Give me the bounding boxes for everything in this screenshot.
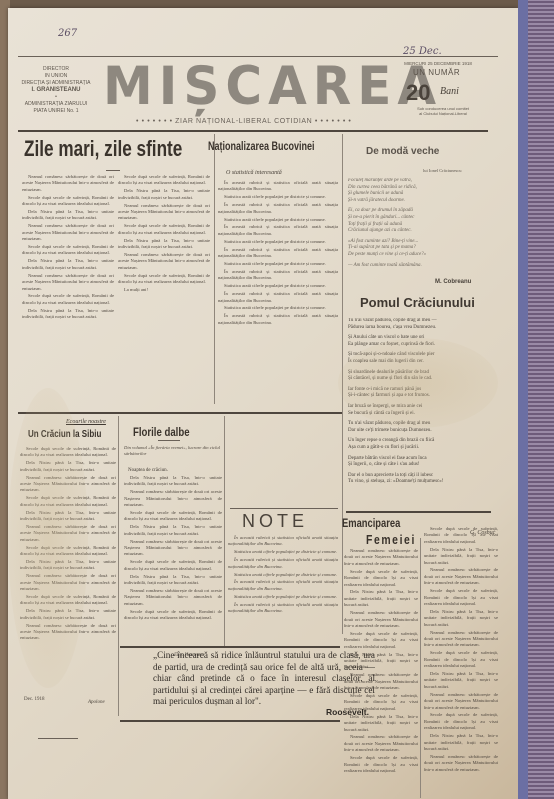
quote-top-rule	[120, 646, 340, 648]
article-note: În această rubrică și statistica oficial…	[228, 535, 338, 645]
binding-spine	[518, 0, 554, 799]
article-emanciparea-col2: Secole după secole de suferință, Românii…	[424, 526, 498, 796]
headline-de-moda-veche: De modă veche	[366, 146, 439, 157]
author-cobreanu: M. Cobreanu	[435, 279, 471, 285]
masthead-bottom-rule	[18, 130, 488, 132]
price-value: 20	[406, 80, 430, 106]
masthead-tagline: • • • • • • • ZIAR NAȚIONAL-LIBERAL COTI…	[136, 118, 352, 125]
column-rule	[214, 134, 215, 404]
price-label: UN NUMĂR	[413, 68, 460, 77]
masthead-left-info: DIRECTOR IN UNION DIRECȚIA ȘI ADMINISTRA…	[16, 66, 96, 115]
dedication: lui Ionel Crăciunescu	[423, 168, 462, 173]
price-unit: Bani	[440, 86, 459, 97]
author-apolone: Apolone	[88, 700, 105, 705]
handwritten-page-number: 267	[58, 28, 77, 39]
headline-zile-mari: Zile mari, zile sfinte	[24, 136, 182, 162]
florile-lede: Din volumul «În fierăria vremei», lucrar…	[124, 445, 220, 467]
article-zile-mari-col1: Neamul românesc sărbătorește de două ori…	[22, 174, 114, 374]
headline-emanciparea: Emanciparea	[342, 516, 400, 530]
paper-stain	[338, 338, 498, 428]
masthead-date-line: MIERCURI 25 DECEMBRIE 1918	[388, 60, 488, 67]
masthead-right-note: Sub conducerea unui comitet al Clubului …	[393, 106, 493, 116]
quote-author: Roosevelt.	[326, 707, 369, 717]
column-rule	[224, 416, 225, 646]
article-nationalizarea: În această rubrică și statistica oficial…	[218, 180, 338, 405]
divider	[106, 170, 120, 171]
quote-bottom-rule	[120, 720, 340, 722]
headline-note: NOTE	[242, 511, 308, 532]
headline-florile-dalbe: Florile dalbe	[133, 425, 190, 439]
masthead-title: MIȘCAREA	[103, 60, 442, 113]
article-florile-dalbe: Dela Nistru până la Tisa, într-o unitate…	[124, 475, 222, 645]
column-rule	[118, 416, 119, 716]
headline-femeiei: Femeiei	[366, 532, 416, 547]
divider	[158, 440, 180, 441]
headline-nationalizarea: Naționalizarea Bucovinei	[208, 139, 315, 153]
divider	[38, 738, 78, 739]
emanciparea-top-rule	[346, 511, 491, 513]
newspaper-page: 267 25 Dec. DIRECTOR IN UNION DIRECȚIA Ș…	[8, 8, 518, 799]
poem-de-moda-veche: Foculeț mărunțel arde pe vatră,Din curte…	[348, 178, 498, 266]
dateline-sibiu: Dec. 1918	[24, 697, 45, 702]
article-zile-mari-col2: Secole după secole de suferință, Românii…	[118, 174, 210, 374]
paper-stain	[8, 388, 88, 688]
note-top-rule	[230, 508, 338, 509]
florile-subhead: Noaptea de crăciun.	[128, 468, 168, 473]
headline-pomul-craciunului: Pomul Crăciunului	[360, 295, 475, 310]
subtitle-nationalizarea: O statistică interesantă	[226, 170, 282, 176]
column-rule	[420, 538, 421, 798]
roosevelt-quote: „Cine încearcă să ridice înlăuntrul stat…	[153, 650, 375, 708]
